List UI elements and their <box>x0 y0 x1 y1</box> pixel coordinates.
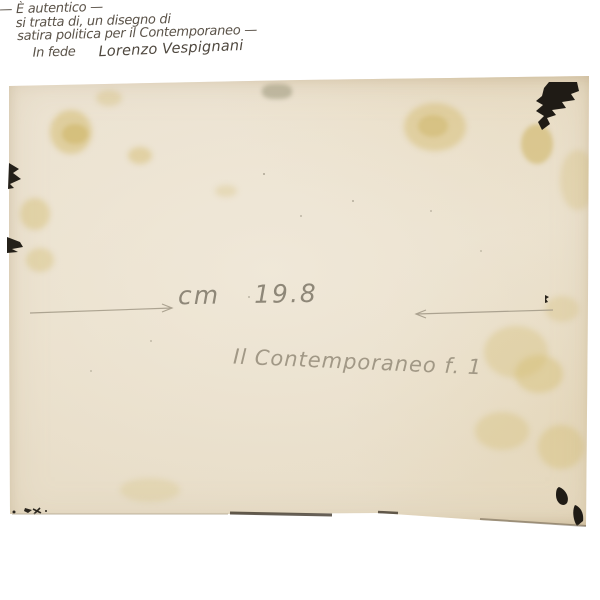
glue-stain <box>50 110 92 154</box>
glue-stain <box>404 103 466 151</box>
artist-signature: Lorenzo Vespignani <box>98 40 243 60</box>
foxing-stain <box>484 326 548 378</box>
glue-stain <box>20 198 50 230</box>
glue-stain <box>26 248 54 272</box>
measurement-unit: cm <box>178 280 221 310</box>
glue-stain <box>128 147 152 164</box>
foxing-stain <box>538 425 584 469</box>
measurement-annotation: cm19.8 <box>178 279 318 310</box>
glue-stain <box>96 90 122 106</box>
foxing-stain <box>475 412 529 450</box>
gray-smudge <box>262 84 292 99</box>
glue-stain <box>418 115 448 137</box>
foxing-stain <box>560 150 596 210</box>
glue-stain <box>62 124 88 144</box>
photo-canvas: cm19.8 Il Contemporaneo f. 1 — È autenti… <box>0 0 600 600</box>
foxing-stain <box>515 355 563 393</box>
foxing-stain <box>545 296 579 322</box>
measurement-number: 19.8 <box>254 279 318 309</box>
foxing-stain <box>120 478 180 502</box>
glue-stain <box>215 185 237 197</box>
glue-stain <box>521 124 553 164</box>
authentication-note: — È autentico — si tratta di, un disegno… <box>0 0 271 61</box>
